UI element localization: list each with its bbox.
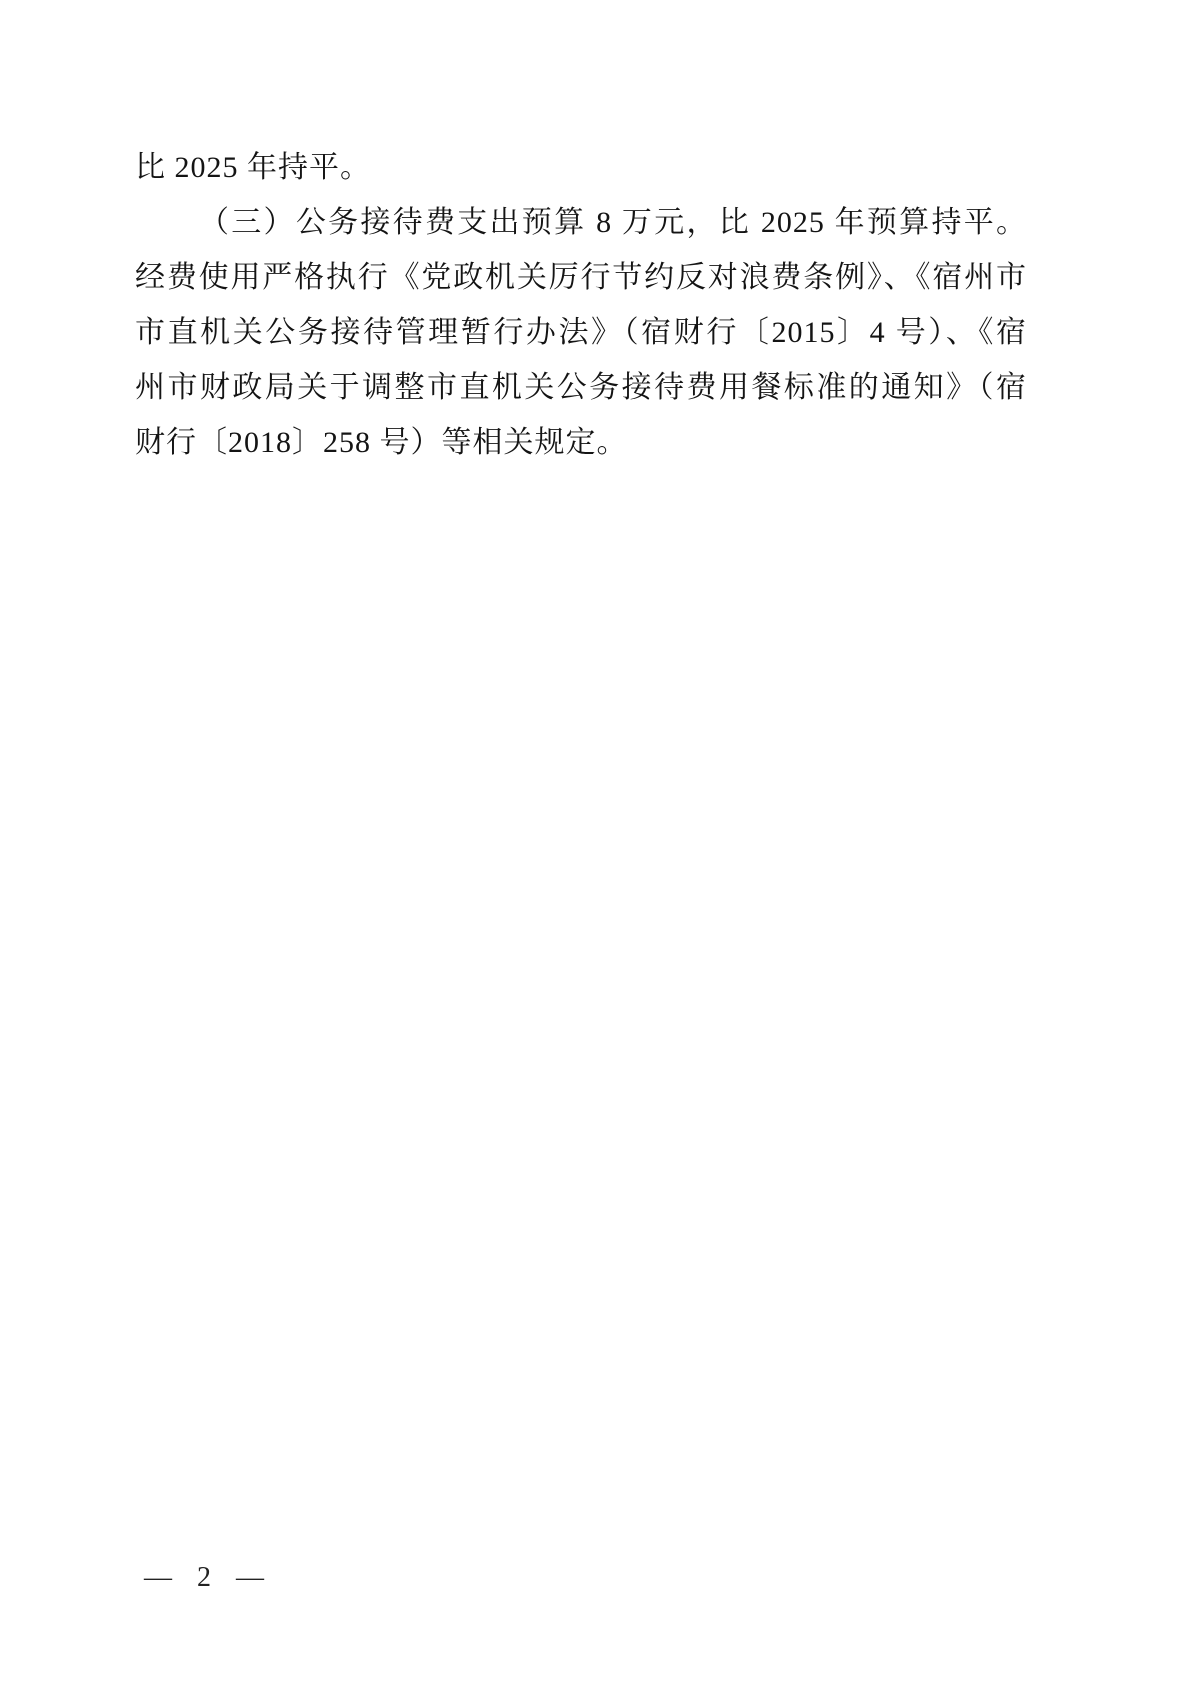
text-line: 市直机关公务接待管理暂行办法》（宿财行〔2015〕4 号）、《宿	[135, 305, 1027, 360]
page-number: — 2 —	[144, 1562, 268, 1594]
text-line: 经费使用严格执行《党政机关厉行节约反对浪费条例》、《宿州市	[135, 250, 1027, 305]
document-page: 比 2025 年持平。 （三）公务接待费支出预算 8 万元，比 2025 年预算…	[0, 0, 1190, 1683]
text-line-paragraph-start: （三）公务接待费支出预算 8 万元，比 2025 年预算持平。	[135, 195, 1027, 250]
text-line: 州市财政局关于调整市直机关公务接待费用餐标准的通知》（宿	[135, 360, 1027, 415]
text-line-continuation: 比 2025 年持平。	[135, 140, 1027, 195]
document-body: 比 2025 年持平。 （三）公务接待费支出预算 8 万元，比 2025 年预算…	[135, 140, 1027, 470]
text-line-paragraph-end: 财行〔2018〕258 号）等相关规定。	[135, 415, 1027, 470]
